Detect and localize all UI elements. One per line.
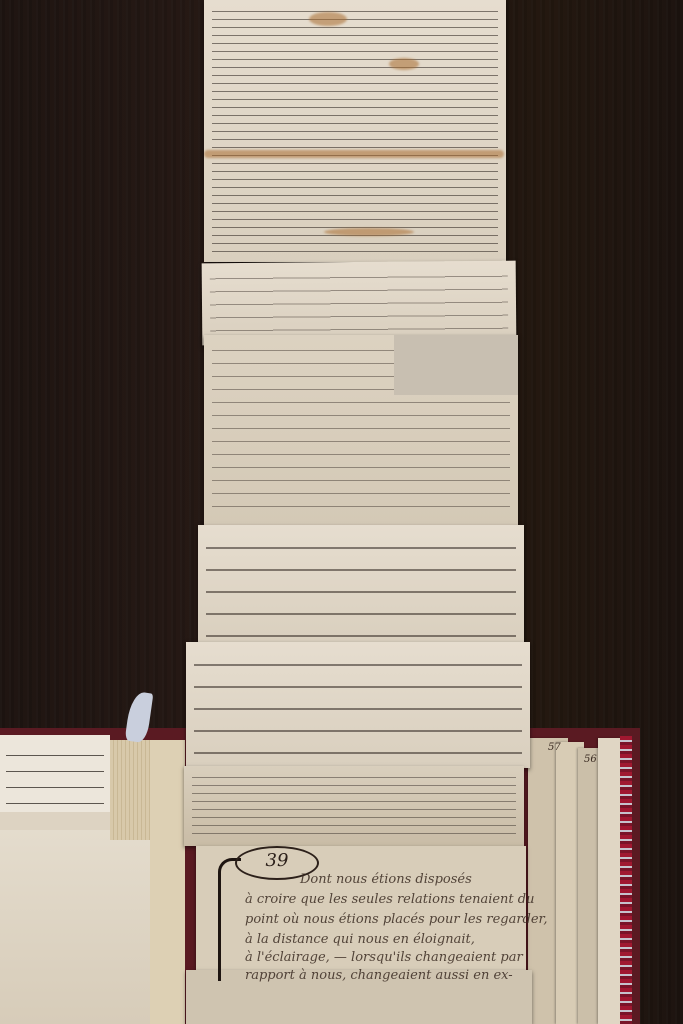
handwritten-line: à l'éclairage, — lorsqu'ils changeaient … — [245, 950, 523, 965]
manuscript-sheet-1 — [204, 0, 506, 262]
page-edges-left — [110, 740, 150, 840]
handwritten-line: à croire que les seules relations tenaie… — [245, 892, 535, 907]
torn-patch — [394, 335, 518, 395]
folio-number: 56 — [584, 754, 597, 765]
manuscript-sheet-3 — [204, 335, 518, 525]
handwritten-line: rapport à nous, changeaient aussi en ex- — [245, 968, 513, 983]
envelope-pocket — [0, 830, 158, 1024]
folio-number: 57 — [548, 742, 561, 753]
handwritten-line: point où nous étions placés pour les reg… — [245, 912, 547, 927]
manuscript-sheet-5 — [186, 642, 530, 768]
handwritten-line: à la distance qui nous en éloignait, — [245, 932, 475, 947]
notebook-binding — [620, 736, 632, 1024]
manuscript-sheet-4 — [198, 525, 524, 645]
handwritten-line: Dont nous étions disposés — [300, 872, 472, 887]
left-handwritten-page — [0, 735, 110, 815]
ink-bracket-mark — [218, 858, 241, 981]
manuscript-sheet-2 — [202, 261, 517, 346]
page-edges-center — [150, 740, 185, 1024]
manuscript-sheet-6 — [184, 766, 524, 846]
